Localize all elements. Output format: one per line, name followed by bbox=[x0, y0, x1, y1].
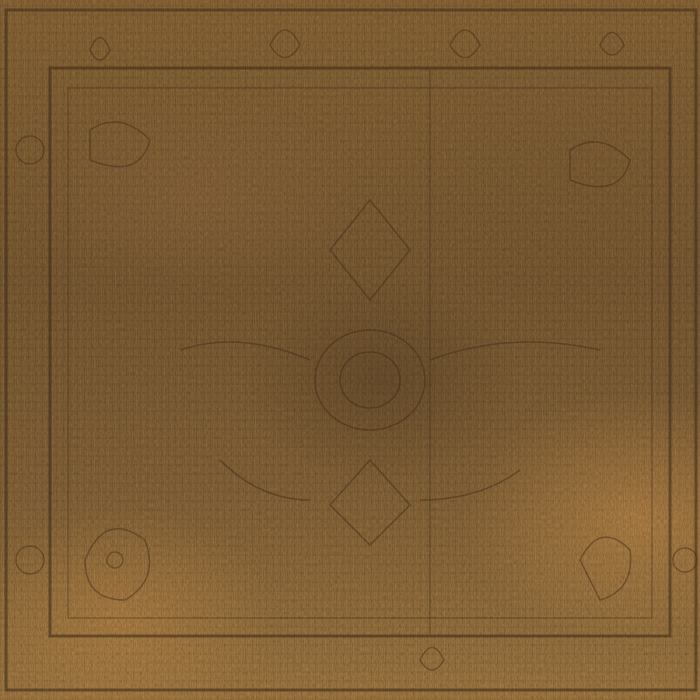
outer-border bbox=[6, 10, 696, 690]
corner-motifs bbox=[85, 122, 631, 600]
rug-image bbox=[0, 0, 700, 700]
border-motifs bbox=[16, 30, 697, 670]
rug-pattern bbox=[0, 0, 700, 700]
central-medallion bbox=[180, 200, 600, 545]
inner-border bbox=[50, 68, 670, 636]
